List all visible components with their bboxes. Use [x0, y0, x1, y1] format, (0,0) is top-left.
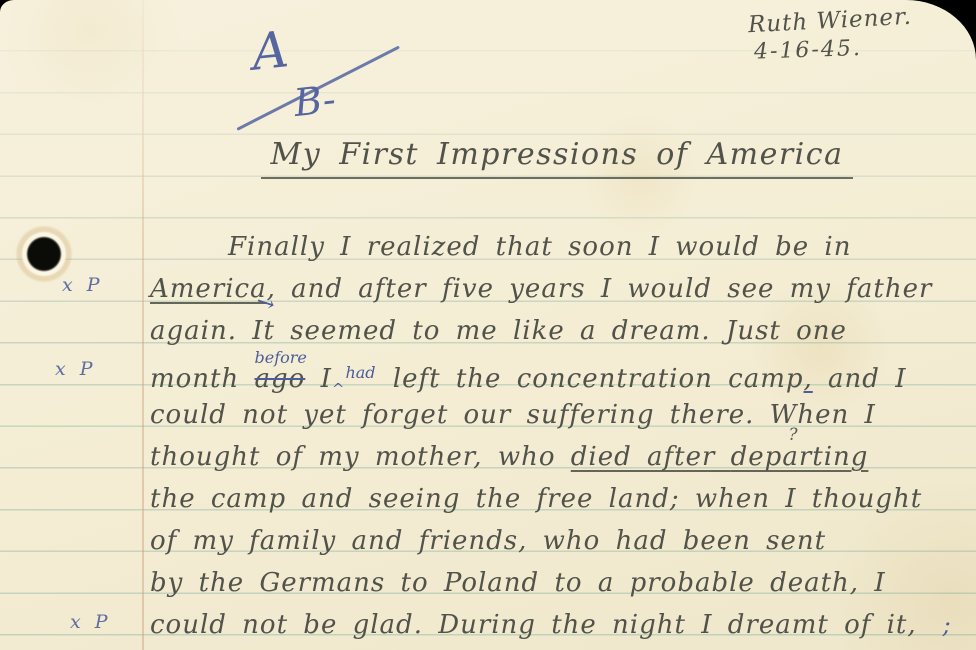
line-text: left the concentration camp: [378, 364, 804, 394]
stray-ink-mark: ;: [943, 611, 952, 639]
essay-line: month beforeago I^had left the concentra…: [150, 352, 972, 394]
correction-word-had: had: [345, 363, 375, 382]
line-text: could not be glad. During the night I dr…: [150, 610, 917, 640]
essay-body: Finally I realized that soon I would be …: [150, 226, 972, 646]
underlined-phrase: died after: [571, 442, 731, 472]
essay-title: My First Impressions of America: [261, 137, 854, 179]
crossed-out-word: beforeago: [255, 364, 306, 394]
blue-underlined-comma: ,: [804, 364, 813, 394]
margin-correction-mark: x P: [62, 274, 104, 296]
grade-bottom: B-: [292, 80, 337, 122]
line-text: of my family and friends, who had been s…: [150, 526, 826, 556]
essay-line: America, and after five years I would se…: [150, 268, 972, 310]
line-text: Finally I realized that soon I would be …: [228, 232, 852, 262]
line-text: month: [150, 364, 255, 394]
line-text: by the Germans to Poland to a probable d…: [150, 568, 886, 598]
line-text: could not yet forget our suffering there…: [150, 400, 876, 430]
line-text: , and after five years I would see my fa…: [267, 274, 933, 304]
insertion-had: ^had: [332, 364, 378, 394]
student-name: Ruth Wiener.: [747, 4, 912, 39]
line-text: again. It seemed to me like a dream. Jus…: [150, 316, 847, 346]
essay-line: the camp and seeing the free land; when …: [150, 478, 972, 520]
margin-correction-mark: x P: [70, 611, 112, 633]
underlined-word: America: [150, 274, 267, 304]
essay-line: thought of my mother, who died after ?de…: [150, 436, 972, 478]
line-text: I: [305, 364, 332, 394]
essay-line: Finally I realized that soon I would be …: [150, 226, 972, 268]
notebook-paper: Ruth Wiener. 4-16-45. A B- My First Impr…: [0, 0, 976, 650]
essay-line: of my family and friends, who had been s…: [150, 520, 972, 562]
essay-line: by the Germans to Poland to a probable d…: [150, 562, 972, 604]
header-name-block: Ruth Wiener. 4-16-45.: [748, 8, 912, 62]
essay-line: could not be glad. During the night I dr…: [150, 604, 972, 646]
margin-line: [142, 0, 144, 650]
underlined-word-questioned: ?departing: [731, 442, 869, 472]
question-mark: ?: [789, 427, 798, 444]
margin-correction-mark: x P: [55, 358, 97, 380]
essay-line: could not yet forget our suffering there…: [150, 394, 972, 436]
line-text: the camp and seeing the free land; when …: [150, 484, 922, 514]
title-row: My First Impressions of America: [0, 137, 976, 172]
grade-top: A: [249, 24, 290, 78]
date: 4-16-45.: [748, 34, 913, 65]
line-text: ago: [255, 364, 306, 394]
correction-word-before: before: [255, 350, 307, 366]
essay-line: again. It seemed to me like a dream. Jus…: [150, 310, 972, 352]
line-text: and I: [813, 364, 907, 394]
line-text: departing: [731, 442, 869, 472]
line-text: thought of my mother, who: [150, 442, 571, 472]
